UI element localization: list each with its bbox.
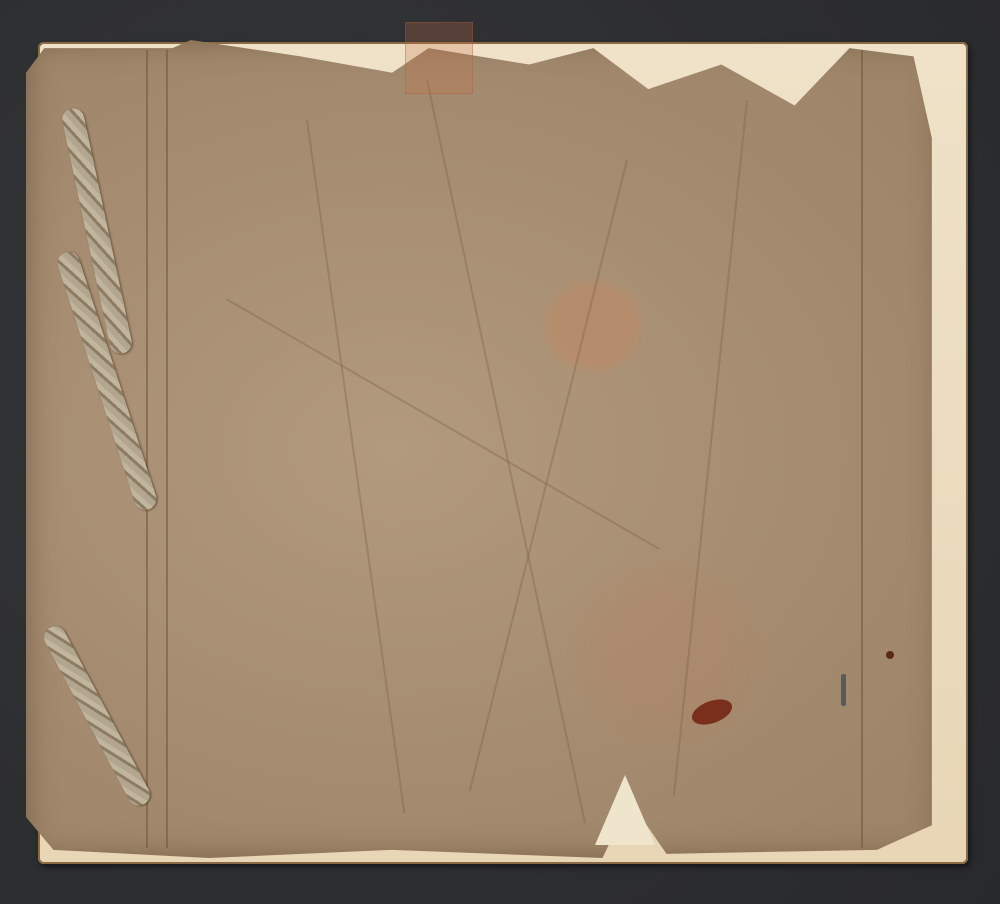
crease (226, 298, 660, 550)
book (26, 36, 970, 866)
crease (469, 160, 628, 791)
torn-corner-reveal (595, 775, 655, 845)
right-fold-line (861, 50, 863, 848)
library-stamp (405, 22, 473, 94)
crease (306, 120, 405, 813)
book-cover (26, 40, 941, 858)
ink-mark (841, 674, 846, 706)
small-spot (886, 651, 894, 659)
crease (426, 80, 586, 824)
crease (673, 100, 748, 796)
spine-fold-line (146, 50, 148, 848)
spine-fold-line (166, 50, 168, 848)
